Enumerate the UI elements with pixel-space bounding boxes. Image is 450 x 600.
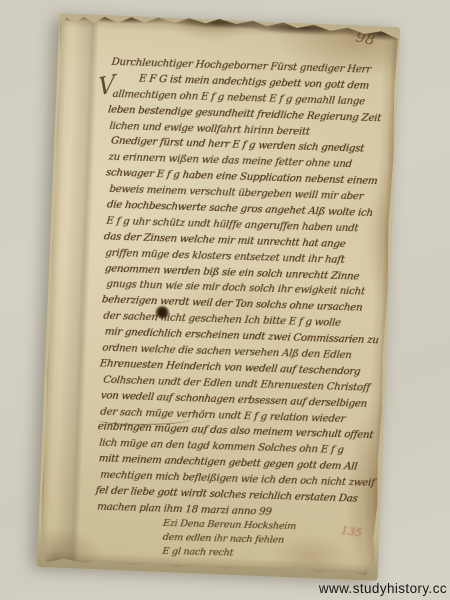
manuscript-page: 98 V Durchleuchtiger Hochgeborner Fürst … (40, 12, 399, 577)
watermark-url: www.studyhistory.cc (319, 581, 447, 596)
signature-block: Ezi Dena Bereun Hocksheimdem edlen ihr n… (162, 517, 296, 562)
archival-number-pencil: 135 (340, 524, 363, 540)
handwritten-text-block: Durchleuchtiger Hochgeborner Fürst gnedi… (97, 55, 394, 525)
photograph-background: 98 V Durchleuchtiger Hochgeborner Fürst … (0, 0, 450, 600)
